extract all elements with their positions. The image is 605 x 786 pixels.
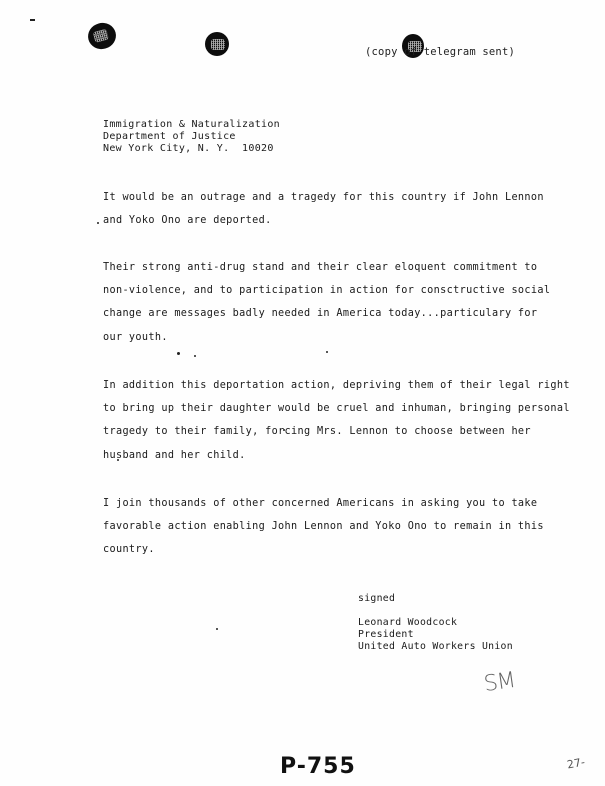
handwritten-page-number: P-755	[280, 754, 356, 779]
scan-speck	[177, 352, 180, 355]
signed-label: signed	[358, 593, 513, 605]
scan-speck	[216, 628, 218, 630]
paragraph-line: favorable action enabling John Lennon an…	[103, 515, 544, 538]
paragraph-deportation: In addition this deportation action, dep…	[103, 374, 570, 467]
paragraph-line: tragedy to their family, forcing Mrs. Le…	[103, 420, 570, 443]
document-page: (copy of telegram sent) Immigration & Na…	[0, 0, 605, 786]
scan-speck	[194, 355, 196, 357]
recipient-address: Immigration & Naturalization Department …	[103, 119, 280, 155]
paragraph-line: to bring up their daughter would be crue…	[103, 397, 570, 420]
paragraph-line: our youth.	[103, 326, 550, 349]
paragraph-line: non-violence, and to participation in ac…	[103, 279, 550, 302]
telegram-copy-note: (copy of telegram sent)	[365, 46, 515, 58]
paragraph-outrage: It would be an outrage and a tragedy for…	[103, 186, 544, 232]
paragraph-line: and Yoko Ono are deported.	[103, 209, 544, 232]
paragraph-line: Their strong anti-drug stand and their c…	[103, 256, 550, 279]
signer-title: President	[358, 629, 513, 641]
signer-name: Leonard Woodcock	[358, 617, 513, 629]
paragraph-line: In addition this deportation action, dep…	[103, 374, 570, 397]
signer-organization: United Auto Workers Union	[358, 641, 513, 653]
paragraph-anti-drug: Their strong anti-drug stand and their c…	[103, 256, 550, 349]
handwritten-corner-mark: 27-	[566, 756, 586, 772]
punch-hole-icon	[205, 32, 229, 56]
paragraph-line: husband and her child.	[103, 444, 570, 467]
paragraph-line: It would be an outrage and a tragedy for…	[103, 186, 544, 209]
address-line: New York City, N. Y. 10020	[103, 143, 280, 155]
signature-block: signed Leonard Woodcock President United…	[358, 593, 513, 653]
address-line: Immigration & Naturalization	[103, 119, 280, 131]
paragraph-line: change are messages badly needed in Amer…	[103, 302, 550, 325]
handwritten-initials: SM	[482, 668, 516, 697]
punch-hole-icon	[85, 20, 119, 52]
address-line: Department of Justice	[103, 131, 280, 143]
scan-speck	[97, 222, 99, 224]
scan-speck	[326, 351, 328, 353]
paragraph-line: I join thousands of other concerned Amer…	[103, 492, 544, 515]
paragraph-line: country.	[103, 538, 544, 561]
scan-mark	[30, 19, 35, 21]
scan-speck	[117, 459, 119, 461]
paragraph-closing: I join thousands of other concerned Amer…	[103, 492, 544, 562]
scan-speck	[283, 429, 285, 431]
